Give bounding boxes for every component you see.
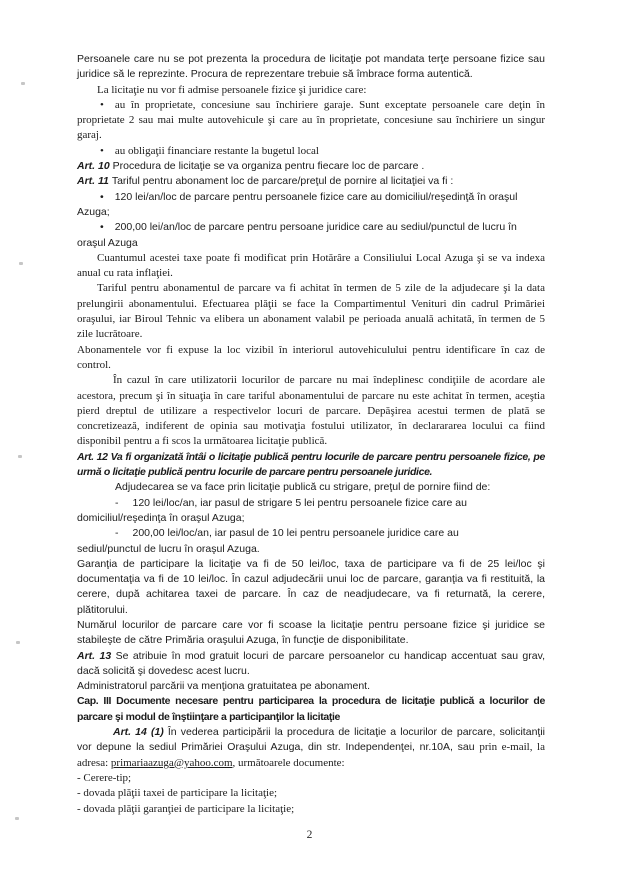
bullet-marker: • bbox=[100, 145, 104, 157]
text-run: au obligaţii financiare restante la buge… bbox=[115, 145, 319, 157]
text-run: Adjudecarea se va face prin licitaţie pu… bbox=[115, 481, 490, 493]
text-run: - dovada plăţii garanţiei de participare… bbox=[77, 803, 294, 815]
paragraph-cuantum: Cuantumul acestei taxe poate fi modifica… bbox=[77, 251, 545, 282]
dash-tariff-juridice: -200,00 lei/loc/an, iar pasul de 10 lei … bbox=[77, 526, 545, 557]
text-run: - Cerere-tip; bbox=[77, 772, 131, 784]
scan-speck bbox=[19, 262, 23, 265]
bullet-marker: • bbox=[100, 99, 104, 111]
heading-cap-3: Cap. III Documente necesare pentru parti… bbox=[77, 694, 545, 725]
document-body: Persoanele care nu se pot prezenta la pr… bbox=[77, 52, 545, 817]
paragraph-adjudecare: Adjudecarea se va face prin licitaţie pu… bbox=[77, 480, 545, 495]
article-12: Art. 12 Va fi organizată întâi o licitaţ… bbox=[77, 450, 545, 481]
text-run: , următoarele documente: bbox=[233, 757, 345, 769]
text-run: au în proprietate, concesiune sau închir… bbox=[77, 99, 545, 142]
bullet-debts: •au obligaţii financiare restante la bug… bbox=[77, 144, 545, 159]
text-run: 200,00 lei/loc/an, iar pasul de 10 lei p… bbox=[133, 527, 459, 539]
text-run: Se atribuie în mod gratuit locuri de par… bbox=[77, 650, 545, 677]
bullet-tariff-fizice: •120 lei/an/loc de parcare pentru persoa… bbox=[77, 190, 545, 221]
text-run: 120 lei/loc/an, iar pasul de strigare 5 … bbox=[133, 497, 467, 509]
text-run: Tariful pentru abonamentul de parcare va… bbox=[77, 282, 545, 340]
doc-item-cerere: - Cerere-tip; bbox=[77, 771, 545, 786]
bullet-marker: • bbox=[100, 191, 104, 203]
bullet-tariff-juridice: •200,00 lei/an/loc de parcare pentru per… bbox=[77, 220, 545, 251]
doc-item-garantie: - dovada plăţii garanţiei de participare… bbox=[77, 802, 545, 817]
text-run: La licitaţie nu vor fi admise persoanele… bbox=[97, 84, 366, 96]
text-run: Art. 14 (1) bbox=[113, 726, 168, 738]
text-run: domiciliul/reşedinţa în oraşul Azuga; bbox=[77, 512, 245, 524]
dash-marker: - bbox=[115, 497, 119, 509]
paragraph-mandate: Persoanele care nu se pot prezenta la pr… bbox=[77, 52, 545, 83]
text-run: Art. 10 bbox=[77, 160, 113, 172]
dash-marker: - bbox=[115, 527, 119, 539]
doc-item-taxa: - dovada plăţii taxei de participare la … bbox=[77, 786, 545, 801]
article-10: Art. 10 Procedura de licitaţie se va org… bbox=[77, 159, 545, 174]
text-run: 200,00 lei/an/loc de parcare pentru pers… bbox=[77, 221, 517, 248]
paragraph-display: Abonamentele vor fi expuse la loc vizibi… bbox=[77, 343, 545, 374]
page-number: 2 bbox=[0, 829, 619, 841]
text-run: Abonamentele vor fi expuse la loc vizibi… bbox=[77, 344, 545, 371]
paragraph-loss-of-right: În cazul în care utilizatorii locurilor … bbox=[77, 373, 545, 449]
email-link[interactable]: primariaazuga@yahoo.com bbox=[111, 757, 233, 769]
paragraph-garantie: Garanţia de participare la licitaţie va … bbox=[77, 557, 545, 618]
text-run: Procedura de licitaţie se va organiza pe… bbox=[113, 160, 425, 172]
text-run: sediul/punctul de lucru în oraşul Azuga. bbox=[77, 543, 260, 555]
article-14: Art. 14 (1) În vederea participării la p… bbox=[77, 725, 545, 771]
article-13: Art. 13 Se atribuie în mod gratuit locur… bbox=[77, 649, 545, 680]
text-run: În cazul în care utilizatorii locurilor … bbox=[77, 374, 545, 447]
text-run: Administratorul parcării va menţiona gra… bbox=[77, 680, 370, 692]
scan-speck bbox=[16, 641, 20, 644]
scan-speck bbox=[18, 455, 22, 458]
text-run: Tariful pentru abonament loc de parcare/… bbox=[112, 175, 453, 187]
text-run: Art. 12 Va fi organizată întâi o licitaţ… bbox=[77, 451, 545, 478]
text-run: Cuantumul acestei taxe poate fi modifica… bbox=[77, 252, 545, 279]
text-run: - dovada plăţii taxei de participare la … bbox=[77, 787, 277, 799]
text-run: Art. 13 bbox=[77, 650, 116, 662]
text-run: Numărul locurilor de parcare care vor fi… bbox=[77, 619, 545, 646]
bullet-marker: • bbox=[100, 221, 104, 233]
paragraph-admission: La licitaţie nu vor fi admise persoanele… bbox=[77, 83, 545, 98]
scan-speck bbox=[21, 82, 25, 85]
dash-tariff-fizice: -120 lei/loc/an, iar pasul de strigare 5… bbox=[77, 496, 545, 527]
text-run: Cap. III Documente necesare pentru parti… bbox=[77, 695, 545, 722]
text-run: Art. 11 bbox=[77, 175, 112, 187]
text-run: Garanţia de participare la licitaţie va … bbox=[77, 558, 545, 616]
document-page: Persoanele care nu se pot prezenta la pr… bbox=[0, 0, 619, 876]
paragraph-payment: Tariful pentru abonamentul de parcare va… bbox=[77, 281, 545, 342]
scan-speck bbox=[15, 817, 19, 820]
article-11: Art. 11 Tariful pentru abonament loc de … bbox=[77, 174, 545, 189]
paragraph-administrator: Administratorul parcării va menţiona gra… bbox=[77, 679, 545, 694]
paragraph-numar-locuri: Numărul locurilor de parcare care vor fi… bbox=[77, 618, 545, 649]
text-run: Persoanele care nu se pot prezenta la pr… bbox=[77, 53, 545, 80]
bullet-garages: •au în proprietate, concesiune sau închi… bbox=[77, 98, 545, 144]
text-run: 120 lei/an/loc de parcare pentru persoan… bbox=[77, 191, 517, 218]
